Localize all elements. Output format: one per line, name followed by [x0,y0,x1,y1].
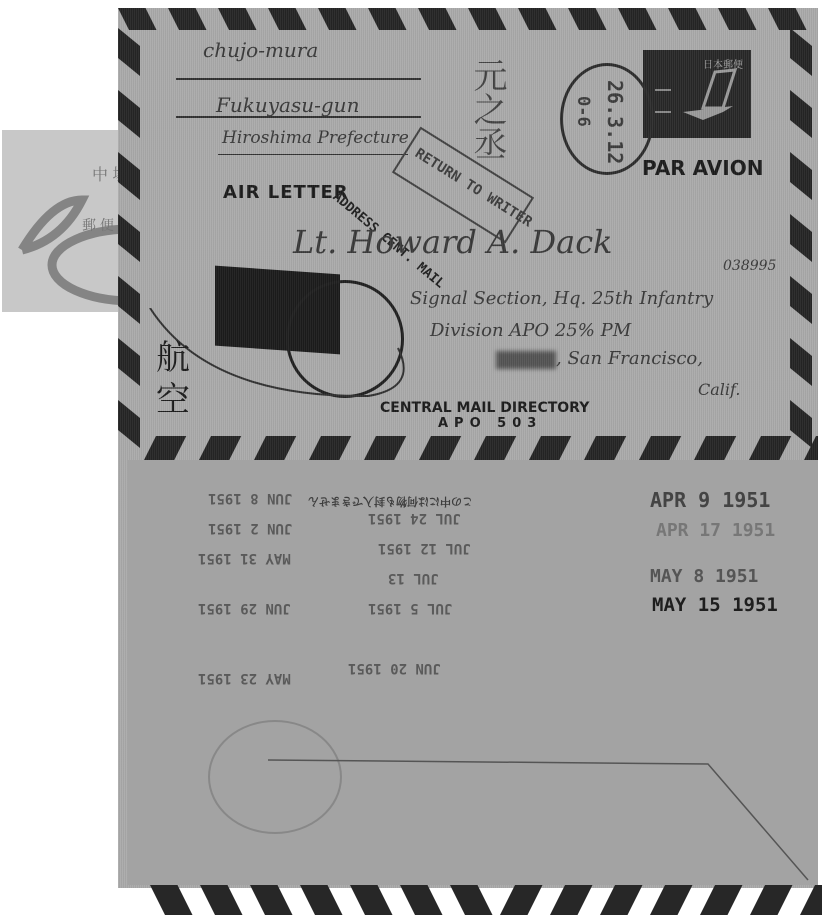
recipient-name: Lt. Howard A. Dack [293,223,613,261]
service-number: 038995 [723,258,776,274]
return-address-line1: chujo-mura [203,38,318,62]
address-rule [176,116,421,118]
recipient-unit2: Division APO 25% PM [430,320,631,341]
airplane-icon [643,50,751,138]
address-rule [176,78,421,80]
return-address-line2: Fukuyasu-gun [216,93,359,117]
postage-stamp: 日本郵便 [643,50,751,138]
postmark-date: 26.3.12 [603,80,627,164]
recipient-unit: Signal Section, Hq. 25th Infantry [410,288,713,309]
return-address-line3: Hiroshima Prefecture [222,128,409,148]
left-airmail-stripes [118,8,146,468]
par-avion-label: PAR AVION [642,156,763,180]
kanji-sky: 空 [156,372,190,421]
handwritten-kanji: 元之丞 [463,58,512,160]
postmark-time: 0-6 [573,96,593,127]
recipient-city: , San Francisco, [556,348,703,369]
apo-number: APO 503 [438,416,542,431]
address-rule [218,154,408,155]
flap-outline [128,460,818,885]
bottom-airmail-stripes [150,885,822,915]
redacted-mark [496,351,556,369]
top-airmail-stripes [118,8,818,34]
recipient-state: Calif. [698,380,740,399]
central-mail-directory: CENTRAL MAIL DIRECTORY [380,400,589,416]
right-airmail-stripes [790,8,818,468]
postmark: 26.3.12 0-6 [560,63,654,175]
inner-panel: この中には何物も封入できません APR 9 1951APR 17 1951MAY… [128,460,818,885]
